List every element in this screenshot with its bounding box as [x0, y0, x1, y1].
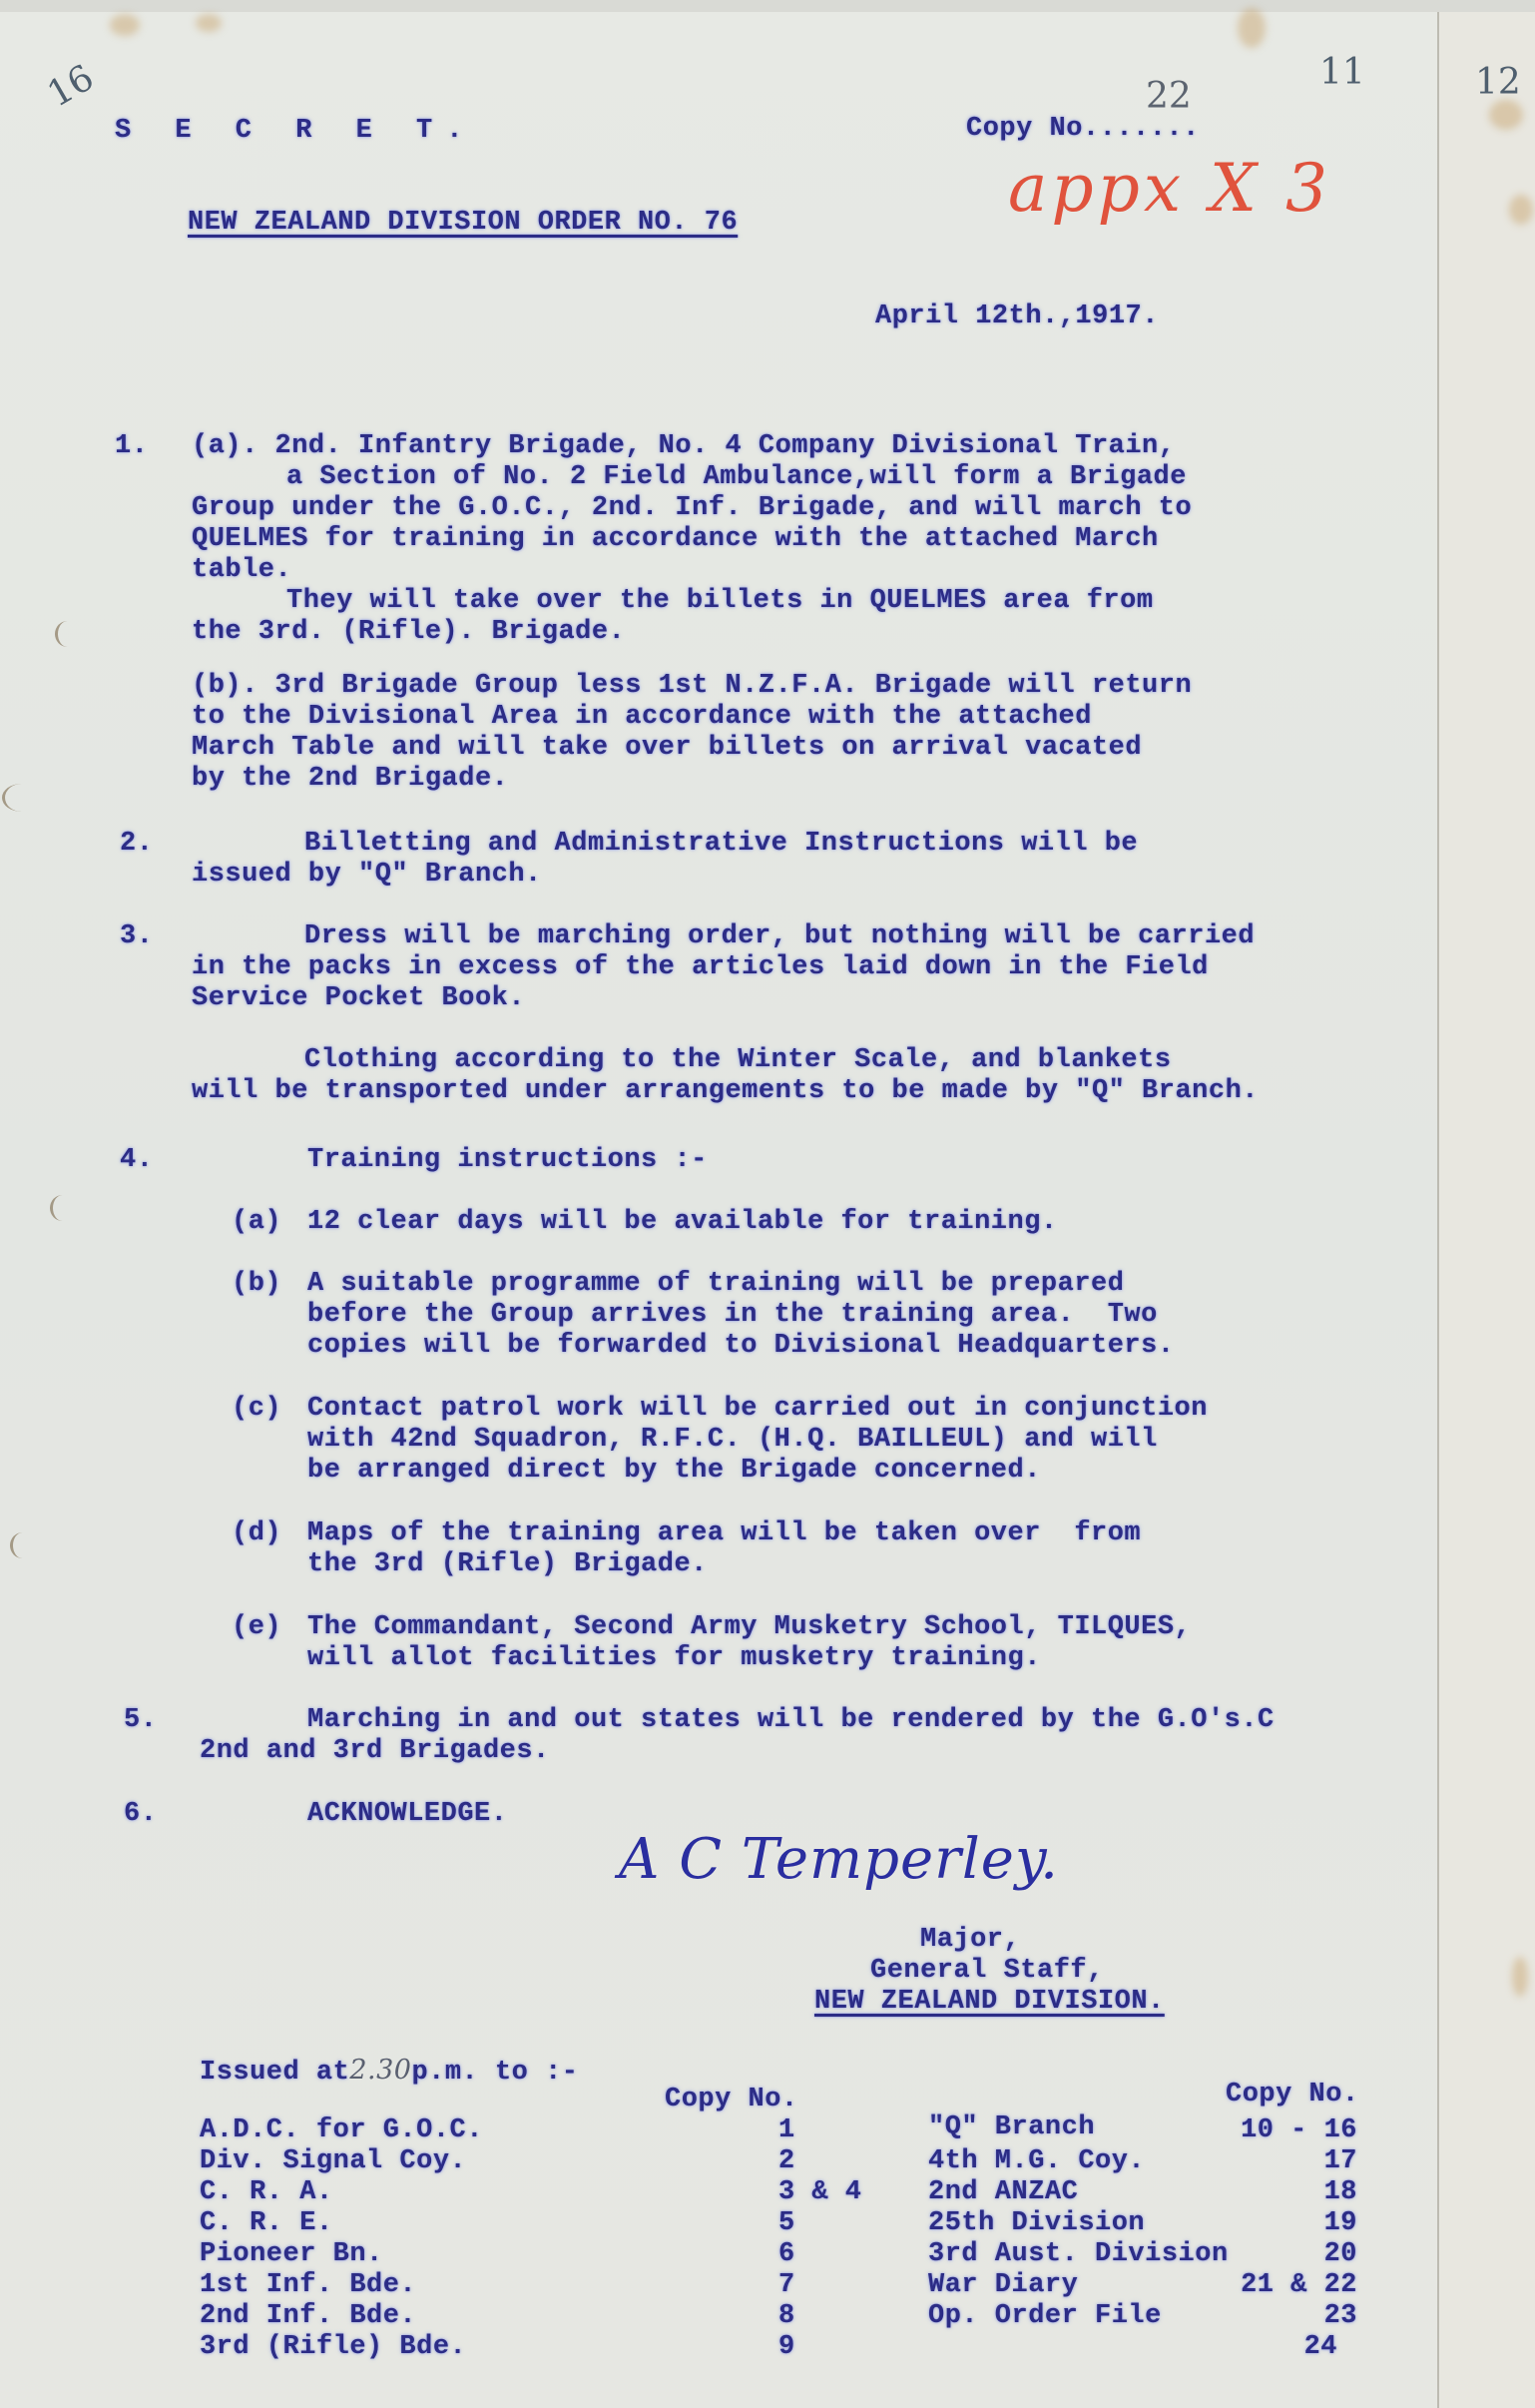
order-date: April 12th.,1917. — [875, 301, 1159, 332]
para-4b-line: copies will be forwarded to Divisional H… — [307, 1331, 1175, 1362]
para-4e-line: The Commandant, Second Army Musketry Sch… — [307, 1612, 1191, 1643]
distribution-recipient: Div. Signal Coy. — [200, 2146, 466, 2177]
para-5-number: 5. — [124, 1705, 157, 1736]
rust-stain — [1489, 100, 1523, 130]
punch-hole — [10, 1532, 35, 1558]
distribution-copy: 21 & 22 — [1178, 2270, 1357, 2301]
copy-number-label: Copy No....... — [966, 114, 1200, 145]
para-4c-line: be arranged direct by the Brigade concer… — [307, 1456, 1041, 1487]
distribution-recipient: War Diary — [928, 2270, 1078, 2301]
punch-hole — [55, 621, 80, 647]
distribution-recipient: 1st Inf. Bde. — [200, 2270, 416, 2301]
rust-stain — [110, 14, 140, 36]
acknowledge-instruction: ACKNOWLEDGE. — [307, 1799, 507, 1830]
folio-number-adjacent: 12 — [1475, 62, 1521, 103]
issued-line: Issued at2.30p.m. to :- — [200, 2055, 578, 2089]
distribution-recipient: 2nd Inf. Bde. — [200, 2301, 416, 2332]
distribution-copy: 23 — [1178, 2301, 1357, 2332]
distribution-recipient: 25th Division — [928, 2208, 1145, 2239]
para-1a-line: They will take over the billets in QUELM… — [286, 586, 1154, 617]
para-4c-label: (c) — [232, 1394, 281, 1425]
para-4d-label: (d) — [232, 1518, 281, 1549]
distribution-recipient: C. R. E. — [200, 2208, 333, 2239]
para-1a-line: the 3rd. (Rifle). Brigade. — [192, 617, 625, 648]
copy-number-handwritten: 22 — [1146, 76, 1192, 117]
distribution-copy: 6 — [778, 2239, 795, 2270]
para-4c-line: with 42nd Squadron, R.F.C. (H.Q. BAILLEU… — [307, 1425, 1158, 1456]
distribution-recipient: A.D.C. for G.O.C. — [200, 2115, 483, 2146]
adjacent-page-edge — [1437, 12, 1535, 2408]
distribution-copy: 9 — [778, 2332, 795, 2363]
distribution-recipient: 3rd (Rifle) Bde. — [200, 2332, 466, 2363]
distribution-copy: 3 & 4 — [778, 2177, 862, 2208]
distribution-copy: 2 — [778, 2146, 795, 2177]
signatory-rank: Major, — [920, 1925, 1020, 1956]
issued-suffix: p.m. to :- — [411, 2058, 578, 2088]
distribution-copy: 5 — [778, 2208, 795, 2239]
para-1a-line: a Section of No. 2 Field Ambulance,will … — [286, 462, 1187, 493]
rust-stain — [1512, 1957, 1528, 1997]
distribution-copy: 17 — [1178, 2146, 1357, 2177]
para-4-number: 4. — [120, 1145, 153, 1176]
issued-time-handwritten: 2.30 — [349, 2055, 411, 2086]
distribution-copy: 1 — [699, 2115, 898, 2146]
order-title: NEW ZEALAND DIVISION ORDER NO. 76 — [188, 208, 738, 239]
para-4e-label: (e) — [232, 1612, 281, 1643]
para-1b-line: to the Divisional Area in accordance wit… — [192, 702, 1092, 733]
distribution-recipient: 2nd ANZAC — [928, 2177, 1078, 2208]
copy-no-header-left: Copy No. — [665, 2085, 798, 2115]
rust-stain — [196, 14, 222, 32]
rust-stain — [1509, 195, 1533, 225]
para-2-number: 2. — [120, 829, 153, 860]
classification-label: S E C R E T. — [115, 116, 476, 147]
distribution-copy: 7 — [778, 2270, 795, 2301]
para-3-line: in the packs in excess of the articles l… — [192, 952, 1209, 983]
distribution-recipient: C. R. A. — [200, 2177, 333, 2208]
para-4b-line: before the Group arrives in the training… — [307, 1300, 1158, 1331]
para-4b-label: (b) — [232, 1269, 281, 1300]
punch-hole — [50, 1195, 75, 1221]
distribution-recipient: Op. Order File — [928, 2301, 1162, 2332]
para-5-line: Marching in and out states will be rende… — [307, 1705, 1275, 1736]
para-1b-line: (b). 3rd Brigade Group less 1st N.Z.F.A.… — [192, 671, 1192, 702]
issued-prefix: Issued at — [200, 2058, 349, 2088]
handwritten-signature: A C Temperley. — [619, 1827, 1059, 1892]
para-2-line: issued by "Q" Branch. — [192, 860, 542, 891]
distribution-recipient: Pioneer Bn. — [200, 2239, 383, 2270]
distribution-copy: 18 — [1178, 2177, 1357, 2208]
distribution-recipient: 4th M.G. Coy. — [928, 2146, 1145, 2177]
para-1b-line: March Table and will take over billets o… — [192, 733, 1142, 764]
signatory-role: General Staff, — [870, 1956, 1104, 1987]
para-3-line: Service Pocket Book. — [192, 983, 525, 1014]
para-3-line: Clothing according to the Winter Scale, … — [304, 1045, 1172, 1076]
para-1-number: 1. — [115, 431, 148, 462]
para-4d-line: the 3rd (Rifle) Brigade. — [307, 1549, 708, 1580]
signatory-unit: NEW ZEALAND DIVISION. — [814, 1987, 1165, 2018]
copy-no-header-right: Copy No. — [1226, 2080, 1359, 2110]
para-1a-line: (a). 2nd. Infantry Brigade, No. 4 Compan… — [192, 431, 1175, 462]
para-4e-line: will allot facilities for musketry train… — [307, 1643, 1041, 1674]
punch-hole — [2, 784, 41, 812]
para-3-line: Dress will be marching order, but nothin… — [304, 921, 1255, 952]
para-2-line: Billetting and Administrative Instructio… — [304, 829, 1138, 860]
rust-stain — [1238, 8, 1266, 48]
para-1b-line: by the 2nd Brigade. — [192, 764, 508, 795]
para-6-number: 6. — [124, 1799, 157, 1830]
para-1a-line: QUELMES for training in accordance with … — [192, 524, 1159, 555]
distribution-copy: 24 — [1178, 2332, 1337, 2363]
distribution-copy: 8 — [778, 2301, 795, 2332]
para-3-line: will be transported under arrangements t… — [192, 1076, 1259, 1107]
distribution-copy: 19 — [1178, 2208, 1357, 2239]
appendix-annotation: appx X 3 — [1008, 150, 1331, 227]
distribution-copy: 20 — [1178, 2239, 1357, 2270]
para-4-heading: Training instructions :- — [307, 1145, 708, 1176]
distribution-recipient: "Q" Branch — [928, 2112, 1095, 2143]
para-1a-line: Group under the G.O.C., 2nd. Inf. Brigad… — [192, 493, 1192, 524]
para-3-number: 3. — [120, 921, 153, 952]
para-4b-line: A suitable programme of training will be… — [307, 1269, 1124, 1300]
para-4c-line: Contact patrol work will be carried out … — [307, 1394, 1208, 1425]
folio-number-right: 11 — [1319, 52, 1365, 93]
para-4a-line: 12 clear days will be available for trai… — [307, 1207, 1058, 1238]
para-4d-line: Maps of the training area will be taken … — [307, 1518, 1141, 1549]
para-4a-label: (a) — [232, 1207, 281, 1238]
distribution-copy: 10 - 16 — [1178, 2115, 1357, 2146]
para-5-line: 2nd and 3rd Brigades. — [200, 1736, 550, 1767]
para-1a-line: table. — [192, 555, 291, 586]
